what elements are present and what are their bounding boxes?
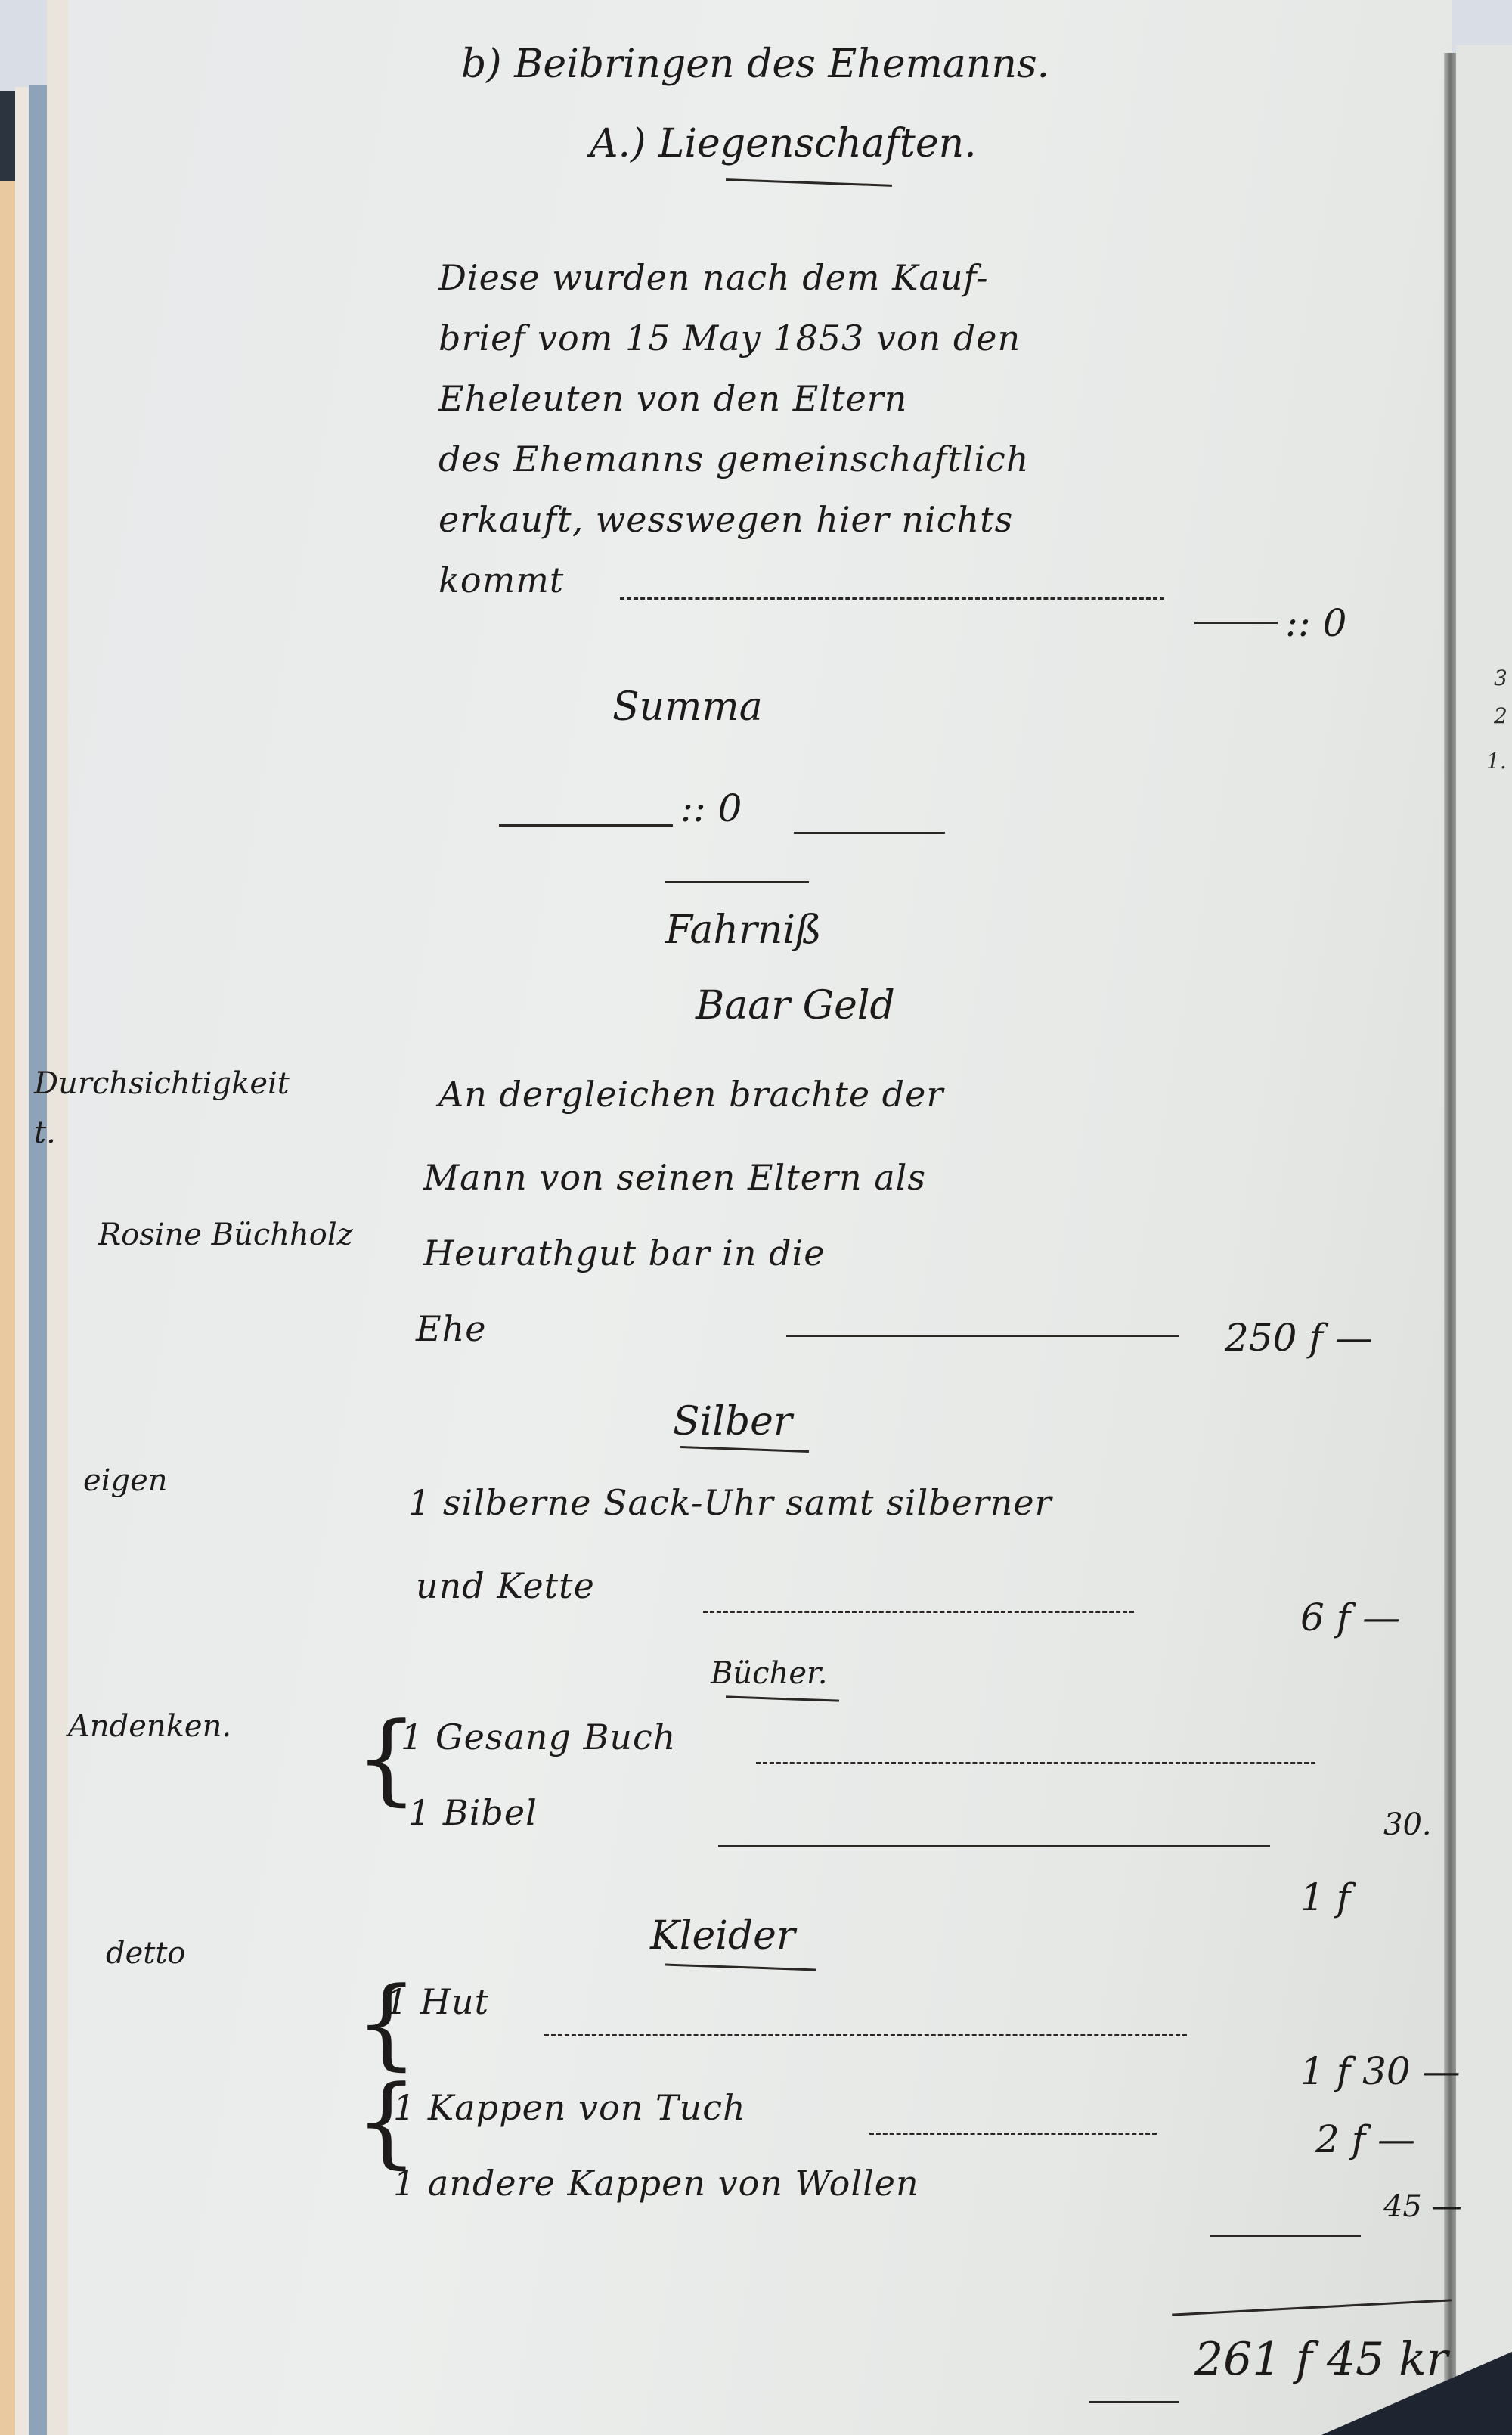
section-header: b) Beibringen des Ehemanns. bbox=[461, 42, 1049, 87]
leader-dashes bbox=[620, 597, 1164, 600]
total-amount: 261 f 45 kr bbox=[1194, 2333, 1448, 2386]
leader-dashes bbox=[544, 2034, 1187, 2036]
amount-bible: 1 f bbox=[1300, 1875, 1350, 1919]
text-line: und Kette bbox=[416, 1565, 595, 1606]
summa-value: :: 0 bbox=[680, 786, 742, 830]
list-item: 1 andere Kappen von Wollen bbox=[393, 2163, 919, 2204]
category-title-cash: Baar Geld bbox=[696, 983, 895, 1028]
list-item: 1 Hut bbox=[386, 1981, 489, 2022]
list-item: 1 Bibel bbox=[408, 1792, 538, 1833]
leader-rule bbox=[786, 1335, 1179, 1337]
list-item: 1 Gesang Buch bbox=[401, 1717, 676, 1757]
leader-dashes bbox=[756, 1762, 1315, 1764]
margin-note: Andenken. bbox=[68, 1709, 231, 1744]
amount-hymnal: 30. bbox=[1383, 1807, 1432, 1842]
text-line: Ehe bbox=[416, 1308, 486, 1349]
category-title-books: Bücher. bbox=[711, 1656, 827, 1691]
text-line: brief vom 15 May 1853 von den bbox=[438, 318, 1021, 358]
summa-rule-right bbox=[794, 832, 945, 834]
summa-label: Summa bbox=[612, 684, 763, 730]
text-line: erkauft, wesswegen hier nichts bbox=[438, 499, 1013, 540]
margin-note: t. bbox=[34, 1115, 56, 1150]
margin-note: eigen bbox=[83, 1463, 168, 1498]
text-line: Mann von seinen Eltern als bbox=[423, 1157, 926, 1198]
leader-dashes bbox=[703, 1611, 1134, 1613]
facing-page: 3 2 1. bbox=[1456, 45, 1512, 2435]
category-title-clothes: Kleider bbox=[650, 1913, 795, 1959]
text-line: 1 silberne Sack-Uhr samt silberner bbox=[408, 1482, 1052, 1523]
leader-rule bbox=[1194, 622, 1278, 624]
amount-hat: 1 f 30 — bbox=[1300, 2049, 1461, 2093]
list-item: 1 Kappen von Tuch bbox=[393, 2087, 746, 2128]
category-title-silver: Silber bbox=[673, 1399, 792, 1444]
leader-rule bbox=[1210, 2235, 1361, 2237]
amount-cloth-cap: 2 f — bbox=[1315, 2117, 1415, 2161]
leader-rule bbox=[718, 1845, 1270, 1847]
margin-note: Rosine Büchholz bbox=[98, 1217, 353, 1252]
facing-page-fragment: 2 bbox=[1494, 703, 1507, 728]
amount-cash: 250 f — bbox=[1225, 1316, 1373, 1360]
text-line: Diese wurden nach dem Kauf- bbox=[438, 257, 989, 298]
leader-dashes bbox=[869, 2133, 1157, 2135]
summa-rule-left bbox=[499, 824, 673, 827]
subsection-title-real-estate: A.) Liegenschaften. bbox=[590, 121, 977, 166]
amount-real-estate: :: 0 bbox=[1285, 601, 1346, 645]
amount-wool-cap: 45 — bbox=[1383, 2189, 1462, 2224]
text-line: des Ehemanns gemeinschaftlich bbox=[438, 439, 1029, 479]
text-line: Heurathgut bar in die bbox=[423, 1233, 826, 1273]
amount-silver: 6 f — bbox=[1300, 1596, 1400, 1639]
text-line: Eheleuten von den Eltern bbox=[438, 378, 907, 419]
text-line: An dergleichen brachte der bbox=[438, 1074, 943, 1115]
movables-title: Fahrniß bbox=[665, 907, 822, 953]
facing-page-fragment: 3 bbox=[1494, 665, 1507, 690]
total-leader bbox=[1089, 2401, 1179, 2403]
text-line: kommt bbox=[438, 560, 564, 600]
margin-note: Durchsichtigkeit bbox=[34, 1066, 290, 1101]
margin-note: detto bbox=[106, 1936, 186, 1971]
facing-page-fragment: 1. bbox=[1486, 749, 1507, 774]
section-divider bbox=[665, 881, 809, 883]
